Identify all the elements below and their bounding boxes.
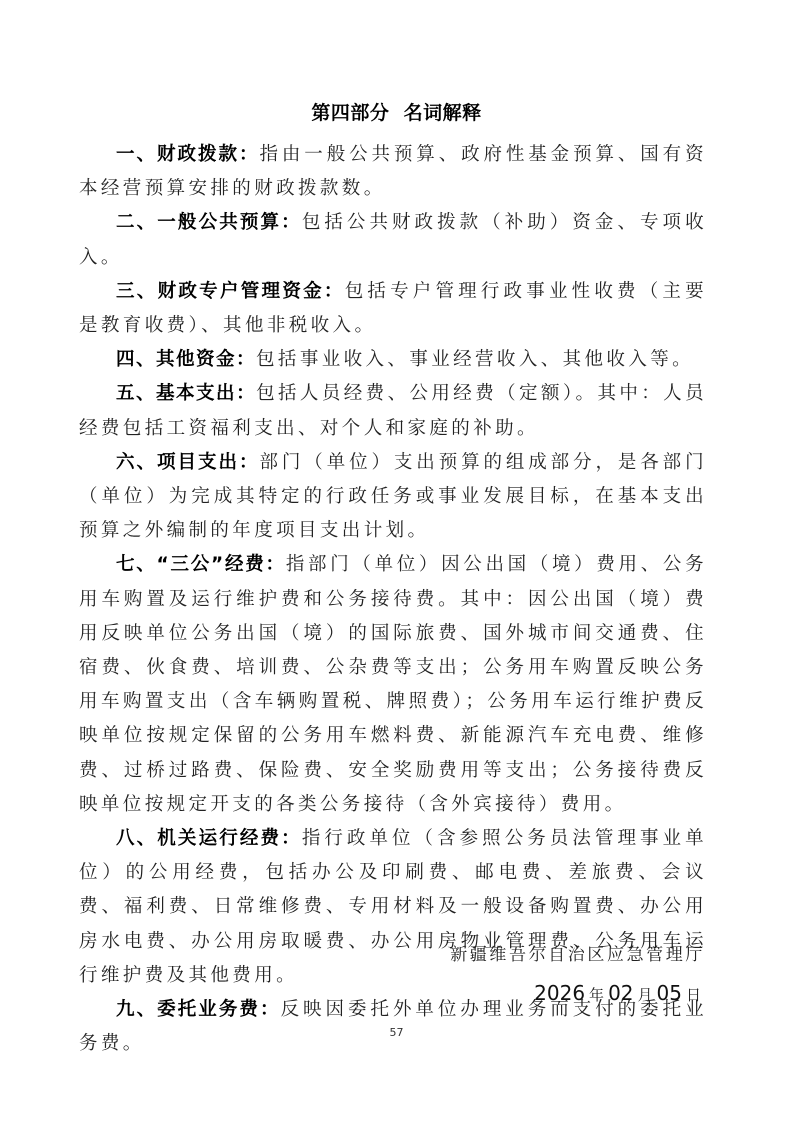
term-label: 六、项目支出： bbox=[116, 452, 260, 473]
term-label: 八、机关运行经费： bbox=[116, 828, 302, 849]
date-month: 02 bbox=[608, 981, 633, 1005]
term-definition: 指部门（单位）因公出国（境）费用、公务用车购置及运行维护费和公务接待费。其中：因… bbox=[79, 554, 707, 814]
glossary-entry-three-public-expenses: 七、“三公”经费：指部门（单位）因公出国（境）费用、公务用车购置及运行维护费和公… bbox=[79, 548, 707, 822]
document-page: 第四部分 名词解释 一、财政拨款：指由一般公共预算、政府性基金预算、国有资本经营… bbox=[0, 0, 793, 1122]
glossary-entry-project-expenditure: 六、项目支出：部门（单位）支出预算的组成部分，是各部门（单位）为完成其特定的行政… bbox=[79, 446, 707, 549]
issue-date: 2026年02月05日 bbox=[534, 981, 705, 1005]
glossary-entry-special-account-funds: 三、财政专户管理资金：包括专户管理行政事业性收费（主要是教育收费）、其他非税收入… bbox=[79, 275, 707, 343]
glossary-body: 一、财政拨款：指由一般公共预算、政府性基金预算、国有资本经营预算安排的财政拨款数… bbox=[79, 138, 707, 1061]
glossary-entry-general-public-budget: 二、一般公共预算：包括公共财政拨款（补助）资金、专项收入。 bbox=[79, 206, 707, 274]
glossary-entry-agency-operating-costs: 八、机关运行经费：指行政单位（含参照公务员法管理事业单位）的公用经费，包括办公及… bbox=[79, 822, 707, 993]
issuing-organization: 新疆维吾尔自治区应急管理厅 bbox=[450, 940, 705, 965]
page-number: 57 bbox=[0, 1026, 793, 1039]
term-label: 三、财政专户管理资金： bbox=[116, 281, 345, 302]
date-month-unit: 月 bbox=[638, 986, 653, 1004]
glossary-entry-fiscal-appropriation: 一、财政拨款：指由一般公共预算、政府性基金预算、国有资本经营预算安排的财政拨款数… bbox=[79, 138, 707, 206]
glossary-entry-other-funds: 四、其他资金：包括事业收入、事业经营收入、其他收入等。 bbox=[79, 343, 707, 377]
term-label: 五、基本支出： bbox=[116, 383, 256, 404]
term-definition: 包括事业收入、事业经营收入、其他收入等。 bbox=[256, 349, 694, 370]
date-day: 05 bbox=[657, 981, 682, 1005]
date-year: 2026 bbox=[534, 981, 585, 1005]
glossary-entry-basic-expenditure: 五、基本支出：包括人员经费、公用经费（定额）。其中：人员经费包括工资福利支出、对… bbox=[79, 377, 707, 445]
date-year-unit: 年 bbox=[589, 986, 604, 1004]
date-day-unit: 日 bbox=[686, 986, 701, 1004]
term-label: 九、委托业务费： bbox=[116, 999, 281, 1020]
term-label: 二、一般公共预算： bbox=[116, 212, 302, 233]
page-title: 第四部分 名词解释 bbox=[0, 98, 793, 125]
term-label: 四、其他资金： bbox=[116, 349, 256, 370]
term-label: 七、“三公”经费： bbox=[116, 554, 286, 575]
term-label: 一、财政拨款： bbox=[116, 144, 260, 165]
